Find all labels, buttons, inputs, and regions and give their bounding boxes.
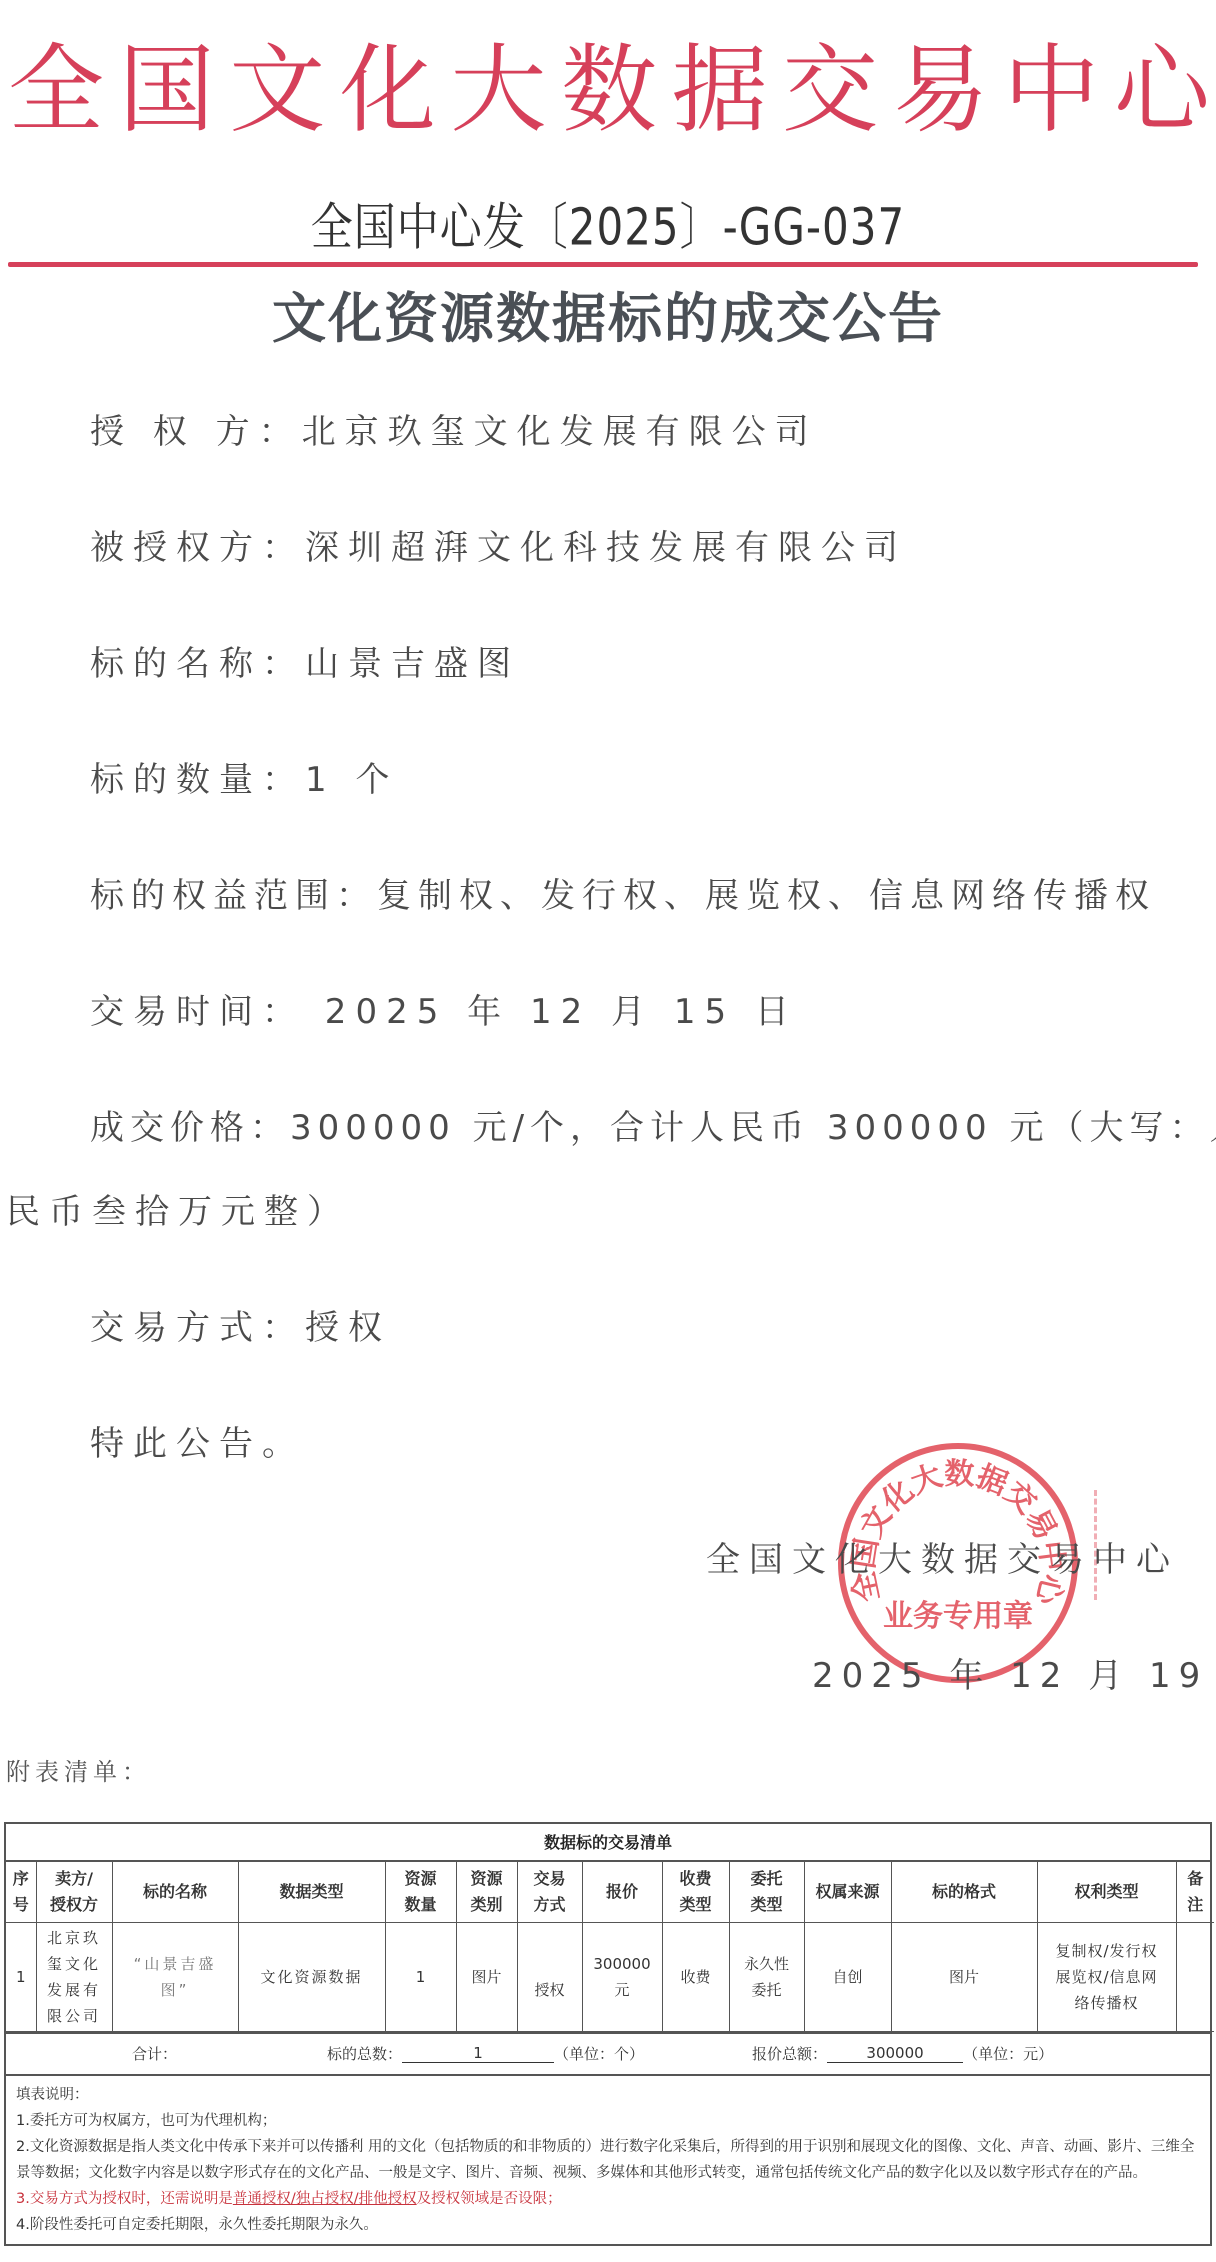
closing-text: 特此公告。 — [90, 1424, 305, 1464]
masthead-char: 交 — [782, 30, 874, 150]
note-3-underlined: 普通授权/独占授权/排他授权 — [233, 2191, 417, 2207]
field-label: 授 权 方： — [90, 412, 302, 452]
field-value: 1 个 — [305, 760, 398, 800]
summary-count-value: 1 — [402, 2044, 554, 2063]
field-label: 交易时间： — [90, 992, 305, 1032]
field-value: 深圳超湃文化科技发展有限公司 — [305, 528, 907, 568]
note-3-text: 3.交易方式为授权时，还需说明是 — [16, 2191, 233, 2207]
cell-subject-format: 图片 — [891, 1922, 1037, 2031]
col-header-transaction-method: 交易 方式 — [517, 1862, 582, 1922]
field-subject-quantity: 标的数量：1 个 — [90, 752, 398, 801]
masthead-char: 数 — [561, 30, 653, 150]
col-header-ownership-source: 权属来源 — [804, 1862, 891, 1922]
col-header-data-type: 数据类型 — [238, 1862, 385, 1922]
col-header-subject-name: 标的名称 — [112, 1862, 238, 1922]
summary-label: 合计： — [132, 2043, 177, 2064]
col-header-resource-qty: 资源 数量 — [385, 1862, 456, 1922]
note-item-3: 3.交易方式为授权时，还需说明是普通授权/独占授权/排他授权及授权领域是否设限； — [16, 2186, 1200, 2212]
summary-count-unit: （单位：个） — [554, 2043, 644, 2064]
cell-resource-category: 图片 — [456, 1922, 517, 2031]
summary-amount-value: 300000 — [827, 2044, 963, 2063]
signature-org: 全国文化大数据交易中心 — [706, 1532, 1179, 1581]
col-header-index: 序 号 — [6, 1862, 36, 1922]
field-value: 复制权、发行权、展览权、信息网络传播权 — [377, 876, 1156, 916]
col-header-remarks: 备 注 — [1176, 1862, 1214, 1922]
masthead-char: 全 — [8, 30, 100, 150]
masthead-char: 大 — [450, 30, 542, 150]
col-header-price: 报价 — [582, 1862, 662, 1922]
cell-rights-type: 复制权/发行权 展览权/信息网 络传播权 — [1037, 1922, 1176, 2031]
masthead-char: 心 — [1114, 30, 1206, 150]
attachment-label: 附表清单： — [6, 1752, 151, 1787]
closing-statement: 特此公告。 — [90, 1416, 305, 1465]
field-label: 标的名称： — [90, 644, 305, 684]
masthead-char: 据 — [672, 30, 764, 150]
cell-index: 1 — [6, 1922, 36, 2031]
cell-ownership-source: 自创 — [804, 1922, 891, 2031]
field-transaction-price-continued: 民币叁拾万元整） — [6, 1184, 350, 1233]
cell-resource-qty: 1 — [385, 1922, 456, 2031]
field-licensor: 授 权 方：北京玖玺文化发展有限公司 — [90, 404, 818, 453]
masthead-org-name: 全 国 文 化 大 数 据 交 易 中 心 — [0, 30, 1216, 150]
col-header-entrust-type: 委托 类型 — [729, 1862, 804, 1922]
field-label: 成交价格： — [90, 1108, 290, 1148]
note-item-2: 2.文化资源数据是指人类文化中传承下来并可以传播利 用的文化（包括物质的和非物质… — [16, 2134, 1200, 2186]
col-header-seller: 卖方/ 授权方 — [36, 1862, 112, 1922]
col-header-resource-category: 资源 类别 — [456, 1862, 517, 1922]
summary-amount-unit: （单位：元） — [963, 2043, 1053, 2064]
col-header-rights-type: 权利类型 — [1037, 1862, 1176, 1922]
field-label: 交易方式： — [90, 1308, 305, 1348]
field-transaction-method: 交易方式：授权 — [90, 1300, 391, 1349]
cell-data-type: 文化资源数据 — [238, 1922, 385, 2031]
note-item-4: 4.阶段性委托可自定委托期限，永久性委托期限为永久。 — [16, 2212, 1200, 2238]
field-transaction-price: 成交价格：300000 元/个，合计人民币 300000 元（大写：人 — [90, 1100, 1216, 1149]
field-value: 民币叁拾万元整） — [6, 1192, 350, 1232]
cell-remarks — [1176, 1922, 1214, 2031]
cell-fee-type: 收费 — [662, 1922, 729, 2031]
summary-amount-label: 报价总额： — [752, 2043, 827, 2064]
field-licensee: 被授权方：深圳超湃文化科技发展有限公司 — [90, 520, 907, 569]
signature-date: 2025 年 12 月 19 日 — [812, 1648, 1216, 1697]
seal-center-text: 业务专用章 — [844, 1591, 1072, 1635]
red-divider — [8, 262, 1198, 267]
field-transaction-date: 交易时间： 2025 年 12 月 15 日 — [90, 984, 798, 1033]
masthead-char: 易 — [893, 30, 985, 150]
field-value: 山景吉盛图 — [305, 644, 520, 684]
summary-count-label: 标的总数： — [327, 2043, 402, 2064]
table-header-row: 序 号 卖方/ 授权方 标的名称 数据类型 资源 数量 资源 类别 交易 方式 … — [6, 1862, 1214, 1922]
table-title: 数据标的交易清单 — [6, 1824, 1210, 1862]
cell-transaction-method: 授权 — [517, 1922, 582, 2031]
transaction-grid: 序 号 卖方/ 授权方 标的名称 数据类型 资源 数量 资源 类别 交易 方式 … — [6, 1862, 1214, 2032]
filling-instructions: 填表说明： 1.委托方可为权属方，也可为代理机构； 2.文化资源数据是指人类文化… — [6, 2074, 1210, 2244]
field-value: 授权 — [305, 1308, 391, 1348]
field-label: 标的权益范围： — [90, 876, 377, 916]
field-rights-scope: 标的权益范围：复制权、发行权、展览权、信息网络传播权 — [90, 868, 1156, 917]
document-title: 文化资源数据标的成交公告 — [0, 276, 1216, 353]
field-subject-name: 标的名称：山景吉盛图 — [90, 636, 520, 685]
field-value: 300000 元/个，合计人民币 300000 元（大写：人 — [290, 1108, 1216, 1148]
masthead-char: 化 — [340, 30, 432, 150]
table-row: 1 北京玖 玺文化 发展有 限公司 “山景吉盛 图” 文化资源数据 1 图片 授… — [6, 1922, 1214, 2031]
masthead-char: 文 — [229, 30, 321, 150]
field-value: 2025 年 12 月 15 日 — [305, 992, 798, 1032]
col-header-subject-format: 标的格式 — [891, 1862, 1037, 1922]
field-value: 北京玖玺文化发展有限公司 — [302, 412, 818, 452]
cell-subject-name: “山景吉盛 图” — [112, 1922, 238, 2031]
table-summary-row: 合计： 标的总数： 1 （单位：个） 报价总额： 300000 （单位：元） — [6, 2032, 1210, 2074]
masthead-char: 中 — [1003, 30, 1095, 150]
note-3-text-end: 及授权领域是否设限； — [417, 2191, 562, 2207]
field-label: 被授权方： — [90, 528, 305, 568]
notes-heading: 填表说明： — [16, 2082, 1200, 2108]
cell-price: 300000 元 — [582, 1922, 662, 2031]
masthead-char: 国 — [119, 30, 211, 150]
col-header-fee-type: 收费 类型 — [662, 1862, 729, 1922]
transaction-list-table: 数据标的交易清单 序 号 卖方/ 授权方 标的名称 数据类型 资源 数量 资源 … — [4, 1822, 1212, 2246]
cell-entrust-type: 永久性 委托 — [729, 1922, 804, 2031]
document-number: 全国中心发〔2025〕-GG-037 — [0, 188, 1216, 260]
field-label: 标的数量： — [90, 760, 305, 800]
note-item-1: 1.委托方可为权属方，也可为代理机构； — [16, 2108, 1200, 2134]
cell-seller: 北京玖 玺文化 发展有 限公司 — [36, 1922, 112, 2031]
